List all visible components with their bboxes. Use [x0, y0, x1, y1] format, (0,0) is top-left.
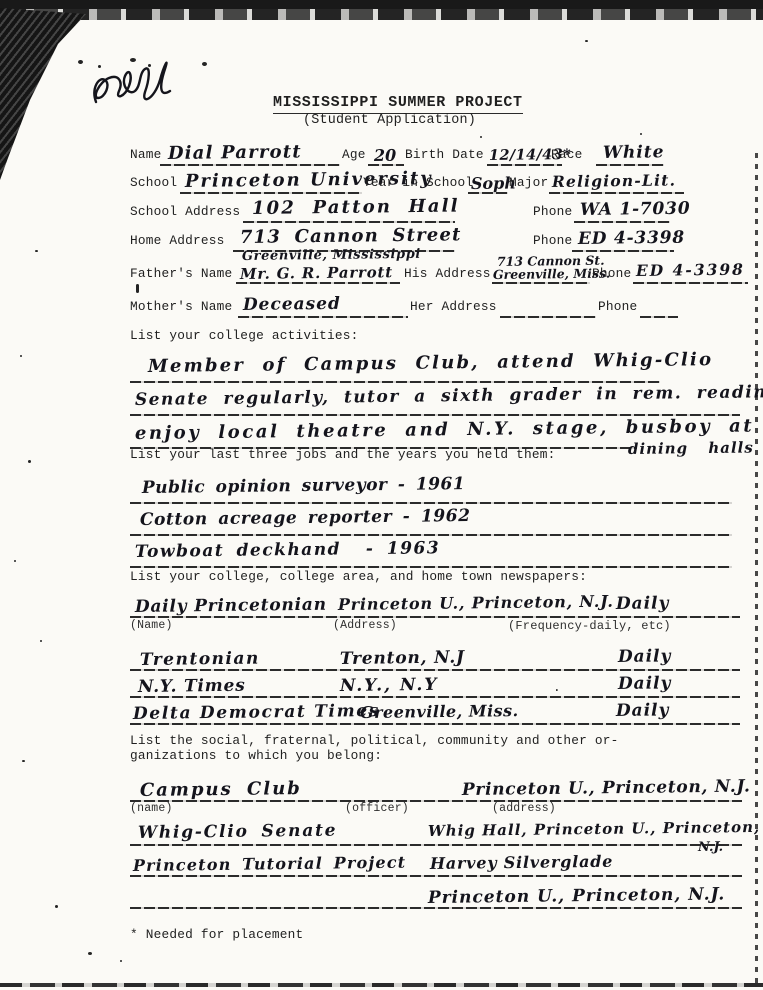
jobs-prompt: List your last three jobs and the years …: [130, 448, 556, 463]
father-phone-value: ED 4-3398: [636, 260, 745, 280]
mother-phone-label: Phone: [598, 300, 637, 315]
home-address-value-line2: Greenville, Mississippi: [242, 247, 421, 264]
blank-line: [130, 907, 742, 909]
race-value: White: [603, 142, 665, 163]
home-phone-label: Phone: [533, 234, 572, 249]
scan-speck: [585, 40, 588, 42]
year-in-school-label: Year in School: [363, 176, 473, 191]
scan-speck: [28, 460, 31, 463]
newspaper-name: N.Y. Times: [138, 676, 246, 697]
organization-address-col-label: (address): [492, 802, 556, 815]
blank-line: [549, 192, 684, 194]
newspaper-frequency-col-label: (Frequency-daily, etc): [508, 619, 671, 633]
activities-overflow: dining halls: [628, 438, 754, 458]
organization-address: Harvey Silverglade: [430, 852, 613, 873]
scan-speck: [640, 133, 642, 135]
organization-address: Whig Hall, Princeton U., Princeton,: [428, 818, 761, 840]
blank-line: [640, 316, 678, 318]
organizations-prompt-line1: List the social, fraternal, political, c…: [130, 734, 619, 749]
blank-line: [596, 164, 664, 166]
job-row: Towboat deckhand - 1963: [135, 538, 440, 562]
blank-line: [572, 250, 674, 252]
blank-line: [130, 566, 732, 568]
scan-edge-top-noise: [0, 9, 763, 20]
newspaper-name: Daily Princetonian: [135, 595, 327, 617]
scan-speck: [55, 905, 58, 908]
newspaper-frequency: Daily: [616, 700, 670, 721]
scan-speck: [78, 60, 83, 64]
mother-name-value: Deceased: [243, 294, 341, 315]
scan-edge-top: [0, 0, 763, 9]
race-label: Race: [551, 148, 583, 163]
mother-name-label: Mother's Name: [130, 300, 232, 315]
stray-mark: .: [553, 681, 561, 696]
scan-edge-right: [755, 150, 758, 983]
home-address-label: Home Address: [130, 234, 225, 249]
blank-line: [492, 282, 590, 284]
home-address-value: 713 Cannon Street: [240, 224, 462, 248]
major-label: Major: [509, 176, 548, 191]
blank-line: [160, 164, 340, 166]
form-subtitle: (Student Application): [303, 113, 476, 128]
organization-name-col-label: (name): [130, 802, 173, 815]
father-address-label: His Address: [404, 267, 491, 282]
activities-prompt: List your college activities:: [130, 329, 359, 344]
blank-line: [243, 221, 455, 223]
scan-speck: [130, 58, 136, 62]
newspaper-frequency: Daily: [618, 646, 672, 667]
mother-address-label: Her Address: [410, 300, 497, 315]
blank-line: [368, 164, 404, 166]
activities-line1: Member of Campus Club, attend Whig-Clio: [148, 349, 714, 377]
birth-date-label: Birth Date: [405, 148, 484, 163]
blank-line: [130, 800, 742, 802]
newspaper-address: Trenton, N.J: [340, 647, 465, 669]
organization-address: Princeton U., Princeton, N.J.: [428, 884, 726, 908]
organization-address-line2: N.J.: [698, 840, 723, 855]
scan-speck: [202, 62, 207, 66]
scan-speck: [22, 760, 25, 762]
organization-officer-col-label: (officer): [345, 802, 409, 815]
newspaper-name-col-label: (Name): [130, 619, 173, 632]
father-name-label: Father's Name: [130, 267, 232, 282]
scan-speck: [98, 65, 101, 68]
handwritten-scribble: [88, 46, 180, 116]
scan-edge-bottom: [0, 983, 763, 987]
age-label: Age: [342, 148, 366, 163]
blank-line: [130, 502, 732, 504]
organization-name: Whig-Clio Senate: [138, 821, 338, 843]
form-title: MISSISSIPPI SUMMER PROJECT: [273, 94, 523, 114]
blank-line: [130, 381, 660, 383]
newspaper-address: Princeton U., Princeton, N.J.: [338, 592, 614, 614]
activities-line2: Senate regularly, tutor a sixth grader i…: [135, 382, 763, 410]
scan-speck: [120, 960, 122, 962]
blank-line: [130, 669, 740, 671]
school-label: School: [130, 176, 177, 191]
placement-footnote: * Needed for placement: [130, 928, 303, 943]
school-address-label: School Address: [130, 205, 240, 220]
newspaper-frequency: Daily: [616, 593, 670, 614]
job-row: Cotton acreage reporter - 1962: [140, 506, 471, 530]
scanned-application-page: MISSISSIPPI SUMMER PROJECT (Student Appl…: [0, 0, 763, 990]
scan-speck: [480, 136, 482, 138]
newspaper-address: Greenville, Miss.: [360, 701, 519, 722]
scan-speck: [14, 560, 16, 562]
scan-speck: [136, 284, 139, 293]
age-value: 20: [374, 146, 396, 165]
blank-line: [487, 164, 562, 166]
scan-speck: [20, 355, 22, 357]
job-row: Public opinion surveyor - 1961: [142, 474, 466, 498]
father-phone-label: Phone: [592, 267, 631, 282]
home-phone-value: ED 4-3398: [578, 228, 685, 249]
blank-line: [238, 316, 408, 318]
blank-line: [468, 192, 508, 194]
name-value: Dial Parrott: [168, 141, 302, 164]
blank-line: [633, 282, 748, 284]
blank-line: [130, 616, 740, 618]
organizations-prompt-line2: ganizations to which you belong:: [130, 749, 382, 764]
organization-address: Princeton U., Princeton, N.J.: [462, 776, 751, 800]
torn-corner-artifact: [0, 8, 92, 193]
newspaper-name: Delta Democrat Times: [133, 701, 380, 724]
school-phone-value: WA 1-7030: [580, 199, 691, 220]
organization-name: Campus Club: [140, 778, 302, 801]
name-label: Name: [130, 148, 162, 163]
newspaper-address-col-label: (Address): [333, 619, 397, 632]
blank-line: [574, 221, 670, 223]
blank-line: [130, 844, 742, 846]
major-value: Religion-Lit.: [552, 170, 676, 191]
newspapers-prompt: List your college, college area, and hom…: [130, 570, 587, 585]
blank-line: [236, 282, 400, 284]
blank-line: [130, 696, 740, 698]
newspaper-name: Trentonian: [140, 649, 260, 670]
newspaper-address: N.Y., N.Y: [340, 675, 439, 696]
scan-speck: [148, 64, 151, 67]
newspaper-frequency: Daily: [618, 673, 672, 694]
father-name-value: Mr. G. R. Parrott: [240, 263, 393, 283]
scan-speck: [88, 952, 92, 955]
blank-line: [130, 534, 732, 536]
blank-line: [130, 875, 742, 877]
scan-speck: [35, 250, 38, 252]
organization-name: Princeton Tutorial Project: [133, 853, 407, 875]
blank-line: [130, 414, 740, 416]
blank-line: [180, 192, 362, 194]
school-address-value: 102 Patton Hall: [252, 195, 460, 219]
scan-speck: [40, 640, 42, 642]
school-phone-label: Phone: [533, 205, 572, 220]
blank-line: [130, 723, 740, 725]
blank-line: [500, 316, 596, 318]
